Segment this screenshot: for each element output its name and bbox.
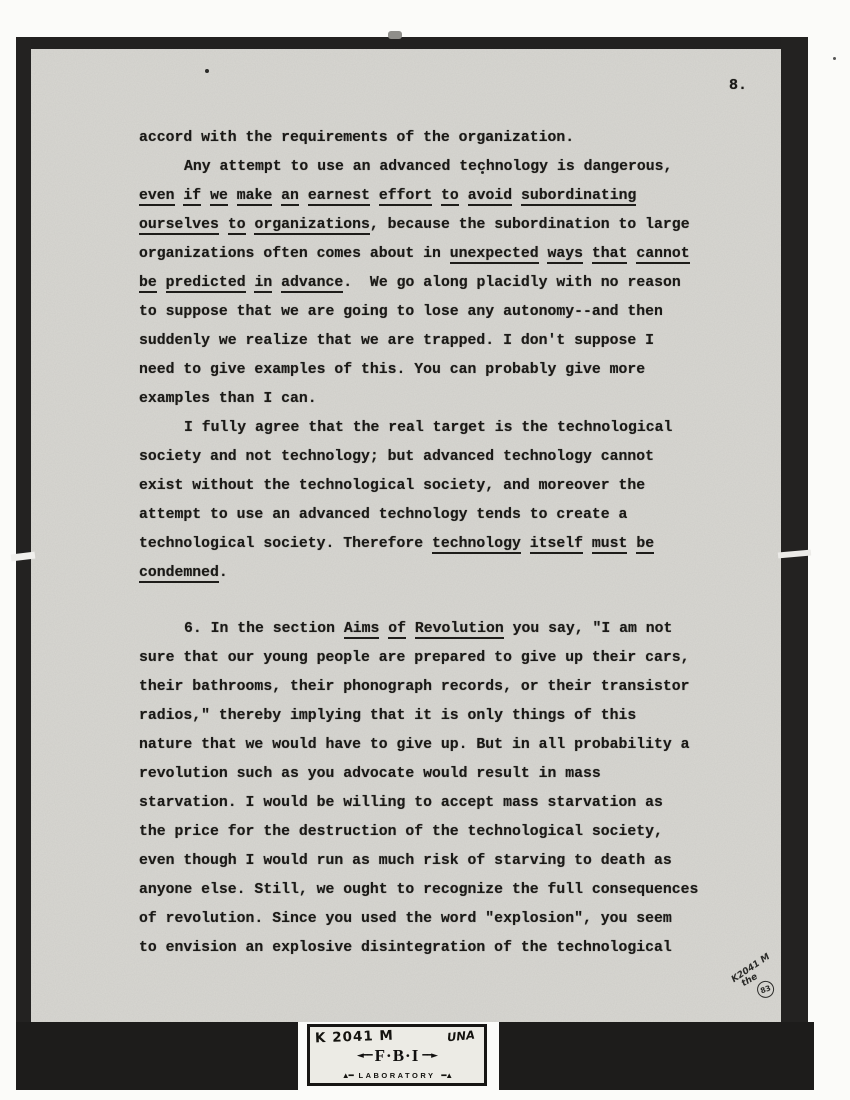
ink-speck: [833, 57, 836, 60]
laboratory-label-row: ▲━ LABORATORY ━▲: [315, 1071, 479, 1080]
text-line: Any attempt to use an advanced technolog…: [139, 153, 749, 182]
text-line: accord with the requirements of the orga…: [139, 124, 749, 153]
fbi-logo-text: F·B·I: [375, 1046, 420, 1066]
text-line: attempt to use an advanced technology te…: [139, 501, 749, 530]
text-line: ourselves to organizations, because the …: [139, 211, 749, 240]
laboratory-label: LABORATORY: [359, 1071, 436, 1080]
text-line: examples than I can.: [139, 385, 749, 414]
text-line: nature that we would have to give up. Bu…: [139, 731, 749, 760]
scan-border-bottom-right: [499, 1022, 814, 1090]
text-line: even if we make an earnest effort to avo…: [139, 182, 749, 211]
arrow-right-icon: ━━►: [422, 1051, 437, 1061]
text-line: suddenly we realize that we are trapped.…: [139, 327, 749, 356]
text-line: to suppose that we are going to lose any…: [139, 298, 749, 327]
text-line: 6. In the section Aims of Revolution you…: [139, 615, 749, 644]
text-line: sure that our young people are prepared …: [139, 644, 749, 673]
text-line: radios," thereby implying that it is onl…: [139, 702, 749, 731]
text-line: organizations often comes about in unexp…: [139, 240, 749, 269]
stamp-handwriting-row: K 2041 M UNA: [315, 1029, 479, 1045]
text-line: the price for the destruction of the tec…: [139, 818, 749, 847]
typed-text: accord with the requirements of the orga…: [139, 124, 749, 963]
stamp-specimen-id: K 2041 M: [315, 1028, 394, 1047]
stamp-flourish-left-icon: ▲━: [342, 1071, 353, 1080]
scan-border-right: [781, 37, 808, 1090]
text-line: be predicted in advance. We go along pla…: [139, 269, 749, 298]
text-line: condemned.: [139, 559, 749, 588]
arrow-left-icon: ◄━━: [357, 1051, 372, 1061]
text-line: exist without the technological society,…: [139, 472, 749, 501]
scan-notch-top: [388, 31, 402, 39]
fbi-lab-stamp: K 2041 M UNA ◄━━ F·B·I ━━► ▲━ LABORATORY…: [307, 1024, 487, 1086]
text-line: their bathrooms, their phonograph record…: [139, 673, 749, 702]
scan-border-top: [16, 37, 808, 49]
page-number: 8.: [729, 77, 747, 94]
text-line: to envision an explosive disintegration …: [139, 934, 749, 963]
fbi-logo: ◄━━ F·B·I ━━►: [315, 1046, 479, 1066]
text-line: I fully agree that the real target is th…: [139, 414, 749, 443]
stamp-case-label: UNA: [446, 1028, 475, 1045]
text-line: society and not technology; but advanced…: [139, 443, 749, 472]
text-line: revolution such as you advocate would re…: [139, 760, 749, 789]
text-line: starvation. I would be willing to accept…: [139, 789, 749, 818]
text-line: even though I would run as much risk of …: [139, 847, 749, 876]
text-line: anyone else. Still, we ought to recogniz…: [139, 876, 749, 905]
scan-border-bottom-left: [16, 1022, 298, 1090]
scan-border-left: [16, 37, 31, 1090]
text-line: of revolution. Since you used the word "…: [139, 905, 749, 934]
text-line: technological society. Therefore technol…: [139, 530, 749, 559]
stamp-flourish-right-icon: ━▲: [441, 1071, 452, 1080]
text-line: need to give examples of this. You can p…: [139, 356, 749, 385]
ink-speck: [205, 69, 209, 73]
